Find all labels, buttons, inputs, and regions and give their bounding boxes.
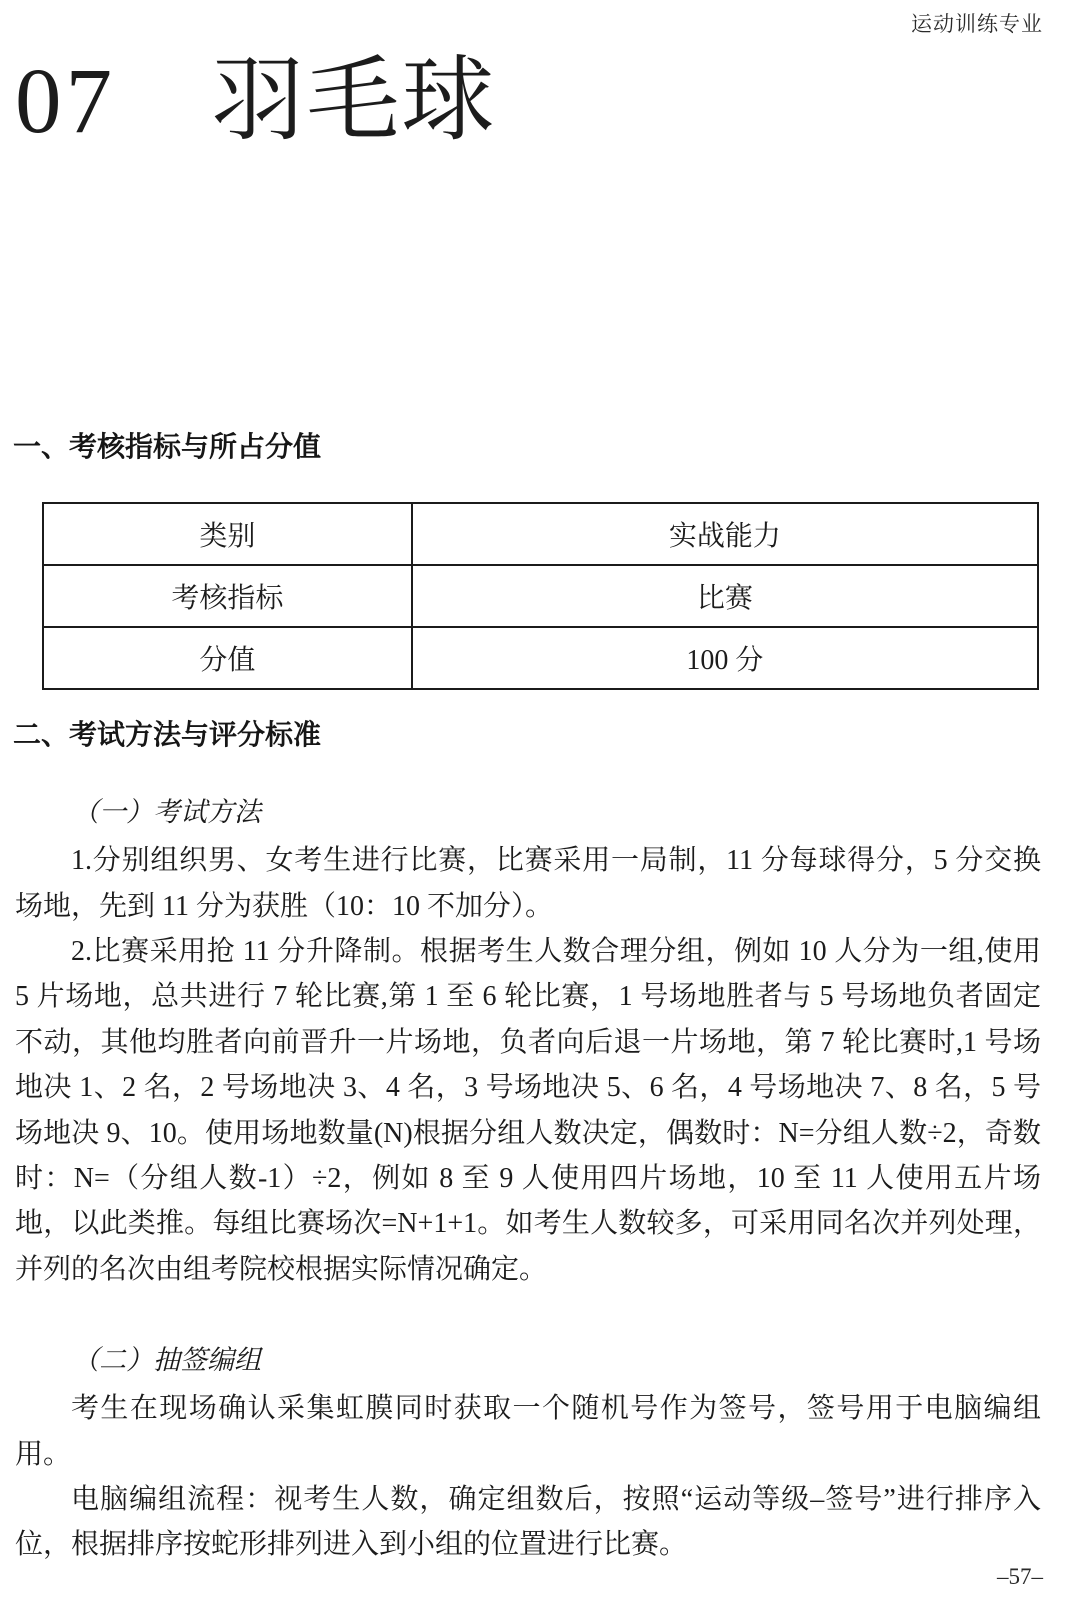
grouping-paragraph-2: 电脑编组流程：视考生人数，确定组数后，按照“运动等级–签号”进行排序入位，根据排… — [15, 1477, 1041, 1568]
document-page: 运动训练专业 07 羽毛球 一、考核指标与所占分值 类别 实战能力 考核指标 比… — [0, 0, 1085, 1600]
table-row: 考核指标 比赛 — [43, 565, 1038, 627]
running-header-text: 运动训练专业 — [911, 12, 1043, 36]
method-paragraph-1: 1.分别组织男、女考生进行比赛，比赛采用一局制，11 分每球得分，5 分交换场地… — [15, 838, 1041, 929]
table-cell-indicator-label: 考核指标 — [43, 565, 412, 627]
page-number: –57– — [997, 1564, 1043, 1590]
table-cell-score-value: 100 分 — [412, 627, 1038, 689]
subsection-2-heading: （二）抽签编组 — [72, 1342, 1085, 1378]
table-cell-category-value: 实战能力 — [412, 503, 1038, 565]
running-header: 运动训练专业 — [911, 8, 1043, 38]
indicators-table-body: 类别 实战能力 考核指标 比赛 分值 100 分 — [43, 503, 1038, 689]
table-cell-indicator-value: 比赛 — [412, 565, 1038, 627]
section-1-heading: 一、考核指标与所占分值 — [13, 430, 1085, 464]
table-cell-category-label: 类别 — [43, 503, 412, 565]
chapter-number: 07 — [15, 50, 116, 154]
section-2-heading: 二、考试方法与评分标准 — [13, 718, 1085, 752]
chapter-title-text: 羽毛球 — [211, 50, 496, 153]
page-title: 07 羽毛球 — [15, 50, 1085, 154]
table-cell-score-label: 分值 — [43, 627, 412, 689]
subsection-1-heading: （一）考试方法 — [72, 794, 1085, 830]
indicators-table: 类别 实战能力 考核指标 比赛 分值 100 分 — [42, 502, 1039, 690]
table-row: 类别 实战能力 — [43, 503, 1038, 565]
method-paragraph-2: 2.比赛采用抢 11 分升降制。根据考生人数合理分组，例如 10 人分为一组,使… — [15, 929, 1041, 1292]
grouping-paragraph-1: 考生在现场确认采集虹膜同时获取一个随机号作为签号，签号用于电脑编组用。 — [15, 1386, 1041, 1477]
table-row: 分值 100 分 — [43, 627, 1038, 689]
